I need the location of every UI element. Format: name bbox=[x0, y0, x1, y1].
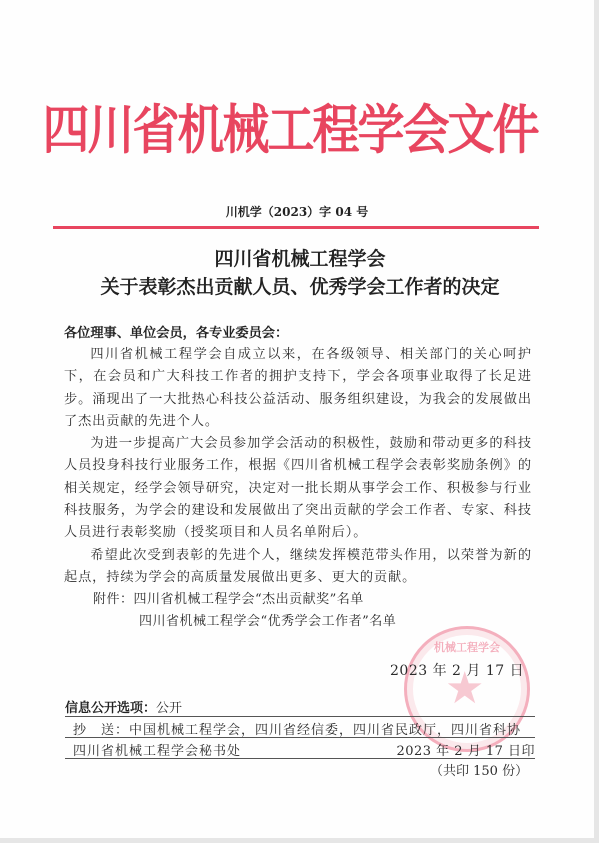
attachment-item: 四川省机械工程学会“杰出贡献奖”名单 bbox=[134, 592, 364, 607]
signature-date: 2023 年 2 月 17 日 bbox=[390, 660, 524, 680]
cc-recipients: 中国机械工程学会，四川省经信委，四川省民政厅，四川省科协 bbox=[129, 723, 521, 738]
paragraph-3: 希望此次受到表彰的先进个人，继续发挥模范带头作用，以荣誉为新的起点，持续为学会的… bbox=[64, 545, 532, 590]
paragraph-1: 四川省机械工程学会自成立以来，在各级领导、相关部门的关心呵护下，在会员和广大科技… bbox=[64, 344, 532, 433]
attachments-label: 附件： bbox=[93, 592, 134, 607]
disclosure-option: 信息公开选项：公开 bbox=[65, 697, 182, 716]
paragraph-2: 为进一步提高广大会员参加学会活动的积极性，鼓励和带动更多的科技人员投身科技行业服… bbox=[64, 433, 532, 544]
decision-title-line2: 关于表彰杰出贡献人员、优秀学会工作者的决定 bbox=[60, 272, 540, 299]
copies-count: （共印 150 份） bbox=[430, 760, 528, 779]
attachments: 附件：四川省机械工程学会“杰出贡献奖”名单 四川省机械工程学会“优秀学会工作者”… bbox=[93, 589, 396, 633]
body-paragraphs: 四川省机械工程学会自成立以来，在各级领导、相关部门的关心呵护下，在会员和广大科技… bbox=[64, 344, 532, 589]
cc-label: 抄 送： bbox=[65, 723, 129, 738]
issuer-row: 四川省机械工程学会秘书处 2023 年 2 月 17 日印 bbox=[65, 740, 535, 759]
footer-rule-top bbox=[65, 716, 535, 717]
disclosure-value: 公开 bbox=[156, 701, 182, 716]
masthead-title: 四川省机械工程学会文件 bbox=[40, 100, 540, 163]
print-date: 2023 年 2 月 17 日印 bbox=[396, 740, 535, 759]
cc-row: 抄 送：中国机械工程学会，四川省经信委，四川省民政厅，四川省科协 bbox=[65, 719, 535, 738]
red-divider bbox=[53, 226, 539, 229]
salutation: 各位理事、单位会员，各专业委员会： bbox=[64, 322, 288, 341]
seal-text: 机械工程学会 bbox=[427, 639, 507, 655]
attachment-item: 四川省机械工程学会“优秀学会工作者”名单 bbox=[139, 614, 396, 629]
document-page: 四川省机械工程学会文件 川机学（2023）字 04 号 四川省机械工程学会 关于… bbox=[0, 0, 594, 838]
issuer: 四川省机械工程学会秘书处 bbox=[65, 744, 241, 759]
footer-rule-middle bbox=[65, 737, 535, 738]
disclosure-label: 信息公开选项： bbox=[65, 701, 156, 716]
decision-title-line1: 四川省机械工程学会 bbox=[60, 244, 540, 271]
document-number: 川机学（2023）字 04 号 bbox=[0, 203, 594, 220]
footer-rule-bottom bbox=[65, 758, 535, 759]
